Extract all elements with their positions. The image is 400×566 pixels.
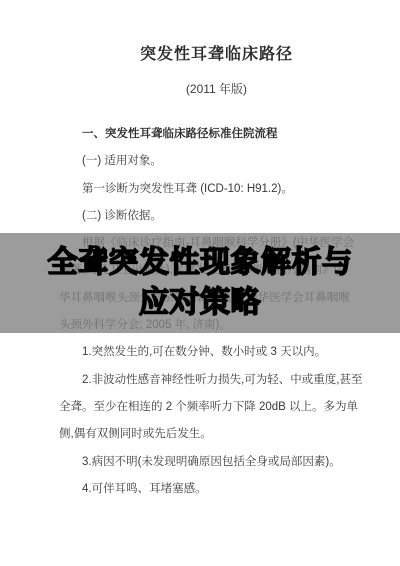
body-line: 4.可伴耳鸣、耳堵塞感。 xyxy=(59,482,374,509)
body-line: 全聋。至少在相连的 2 个频率听力下降 20dB 以上。多为单 xyxy=(59,400,374,427)
overlay-caption: 全聋突发性现象解析与 应对策略 xyxy=(0,233,400,333)
body-line: 2.非波动性感音神经性听力损失,可为轻、中或重度,甚至 xyxy=(59,373,374,400)
overlay-caption-line1: 全聋突发性现象解析与 xyxy=(48,243,353,283)
document-page: 突发性耳聋临床路径 (2011 年版) 一、突发性耳聋临床路径标准住院流程 (一… xyxy=(0,0,400,566)
section-heading: 一、突发性耳聋临床路径标准住院流程 xyxy=(59,127,374,154)
body-line: 3.病因不明(未发现明确原因包括全身或局部因素)。 xyxy=(59,455,374,482)
document-title: 突发性耳聋临床路径 xyxy=(59,46,374,64)
document-subtitle: (2011 年版) xyxy=(59,82,374,96)
body-line: (一) 适用对象。 xyxy=(59,154,374,181)
overlay-caption-line2: 应对策略 xyxy=(139,283,261,323)
body-line: 侧,偶有双侧同时或先后发生。 xyxy=(59,427,374,454)
body-line: 第一诊断为突发性耳聋 (ICD-10: H91.2)。 xyxy=(59,182,374,209)
body-line: 1.突然发生的,可在数分钟、数小时或 3 天以内。 xyxy=(59,345,374,372)
